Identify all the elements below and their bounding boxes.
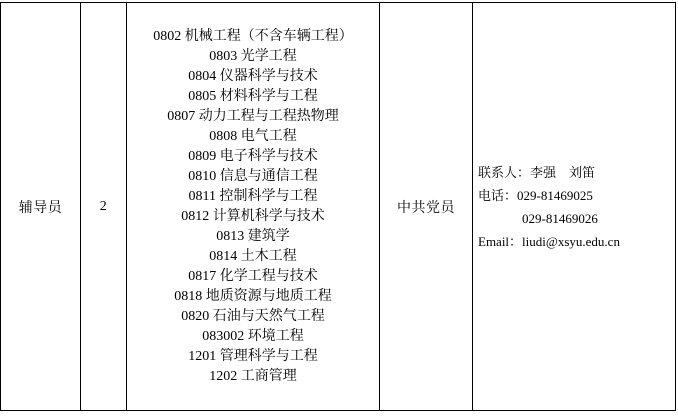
table-row: 辅导员 2 0802 机械工程（不含车辆工程）0803 光学工程0804 仪器科… [1,3,676,411]
cell-contact: 联系人：李强 刘笛 电话：029-81469025 029-81469026 E… [473,3,676,411]
major-item: 0803 光学工程 [127,47,379,67]
cell-count: 2 [81,3,127,411]
major-item: 0818 地质资源与地质工程 [127,287,379,307]
major-item: 0809 电子科学与技术 [127,147,379,167]
cell-party: 中共党员 [380,3,473,411]
recruitment-table: 辅导员 2 0802 机械工程（不含车辆工程）0803 光学工程0804 仪器科… [0,2,676,411]
major-item: 0810 信息与通信工程 [127,167,379,187]
contact-person-line: 联系人：李强 刘笛 [478,161,675,184]
major-item: 0808 电气工程 [127,127,379,147]
cell-majors: 0802 机械工程（不含车辆工程）0803 光学工程0804 仪器科学与技术08… [127,3,380,411]
major-item: 083002 环境工程 [127,327,379,347]
party-requirement-label: 中共党员 [397,201,455,216]
major-item: 0805 材料科学与工程 [127,87,379,107]
major-item: 0820 石油与天然气工程 [127,307,379,327]
major-item: 0814 土木工程 [127,247,379,267]
contact-email-line: Email：liudi@xsyu.edu.cn [478,230,675,253]
contact-block: 联系人：李强 刘笛 电话：029-81469025 029-81469026 E… [473,161,675,253]
major-item: 0807 动力工程与工程热物理 [127,107,379,127]
contact-phone-line-1: 电话：029-81469025 [478,184,675,207]
position-label: 辅导员 [19,201,63,216]
majors-list: 0802 机械工程（不含车辆工程）0803 光学工程0804 仪器科学与技术08… [127,27,379,387]
major-item: 0811 控制科学与工程 [127,187,379,207]
major-item: 0802 机械工程（不含车辆工程） [127,27,379,47]
major-item: 0813 建筑学 [127,227,379,247]
major-item: 1201 管理科学与工程 [127,347,379,367]
cell-position: 辅导员 [1,3,81,411]
contact-phone-line-2: 029-81469026 [478,207,675,230]
major-item: 1202 工商管理 [127,367,379,387]
major-item: 0812 计算机科学与技术 [127,207,379,227]
major-item: 0804 仪器科学与技术 [127,67,379,87]
major-item: 0817 化学工程与技术 [127,267,379,287]
count-value: 2 [100,199,108,214]
